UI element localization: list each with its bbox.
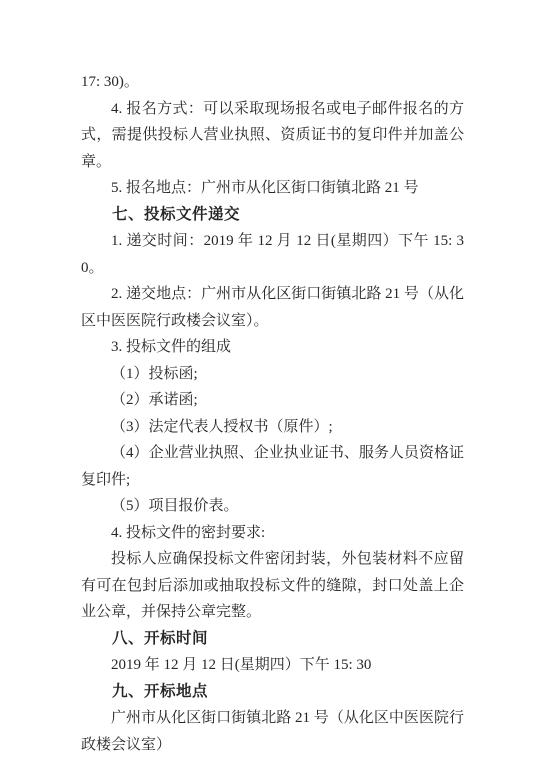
section-heading: 七、投标文件递交 — [81, 202, 464, 229]
paragraph: （1）投标函; — [81, 361, 464, 388]
paragraph: 4. 报名方式：可以采取现场报名或电子邮件报名的方式，需提供投标人营业执照、资质… — [81, 96, 464, 176]
page-canvas: 17: 30)。4. 报名方式：可以采取现场报名或电子邮件报名的方式，需提供投标… — [0, 0, 550, 778]
paragraph: 广州市从化区街口街镇北路 21 号（从化区中医医院行政楼会议室） — [81, 705, 464, 758]
document-body: 17: 30)。4. 报名方式：可以采取现场报名或电子邮件报名的方式，需提供投标… — [81, 69, 464, 758]
document-page: { "page": { "background_color": "#ffffff… — [0, 0, 550, 778]
paragraph: 2. 递交地点：广州市从化区街口街镇北路 21 号（从化区中医医院行政楼会议室）… — [81, 281, 464, 334]
paragraph: 17: 30)。 — [81, 69, 464, 96]
section-heading: 九、开标地点 — [81, 679, 464, 706]
paragraph: （3）法定代表人授权书（原件）; — [81, 414, 464, 441]
paragraph: 1. 递交时间：2019 年 12 月 12 日(星期四）下午 15: 30。 — [81, 228, 464, 281]
section-heading: 八、开标时间 — [81, 626, 464, 653]
paragraph: 4. 投标文件的密封要求: — [81, 520, 464, 547]
paragraph: 2019 年 12 月 12 日(星期四）下午 15: 30 — [81, 652, 464, 679]
paragraph: 5. 报名地点：广州市从化区街口街镇北路 21 号 — [81, 175, 464, 202]
paragraph: 投标人应确保投标文件密闭封装，外包装材料不应留有可在包封后添加或抽取投标文件的缝… — [81, 546, 464, 626]
paragraph: （2）承诺函; — [81, 387, 464, 414]
paragraph: （5）项目报价表。 — [81, 493, 464, 520]
paragraph: （4）企业营业执照、企业执业证书、服务人员资格证复印件; — [81, 440, 464, 493]
paragraph: 3. 投标文件的组成 — [81, 334, 464, 361]
